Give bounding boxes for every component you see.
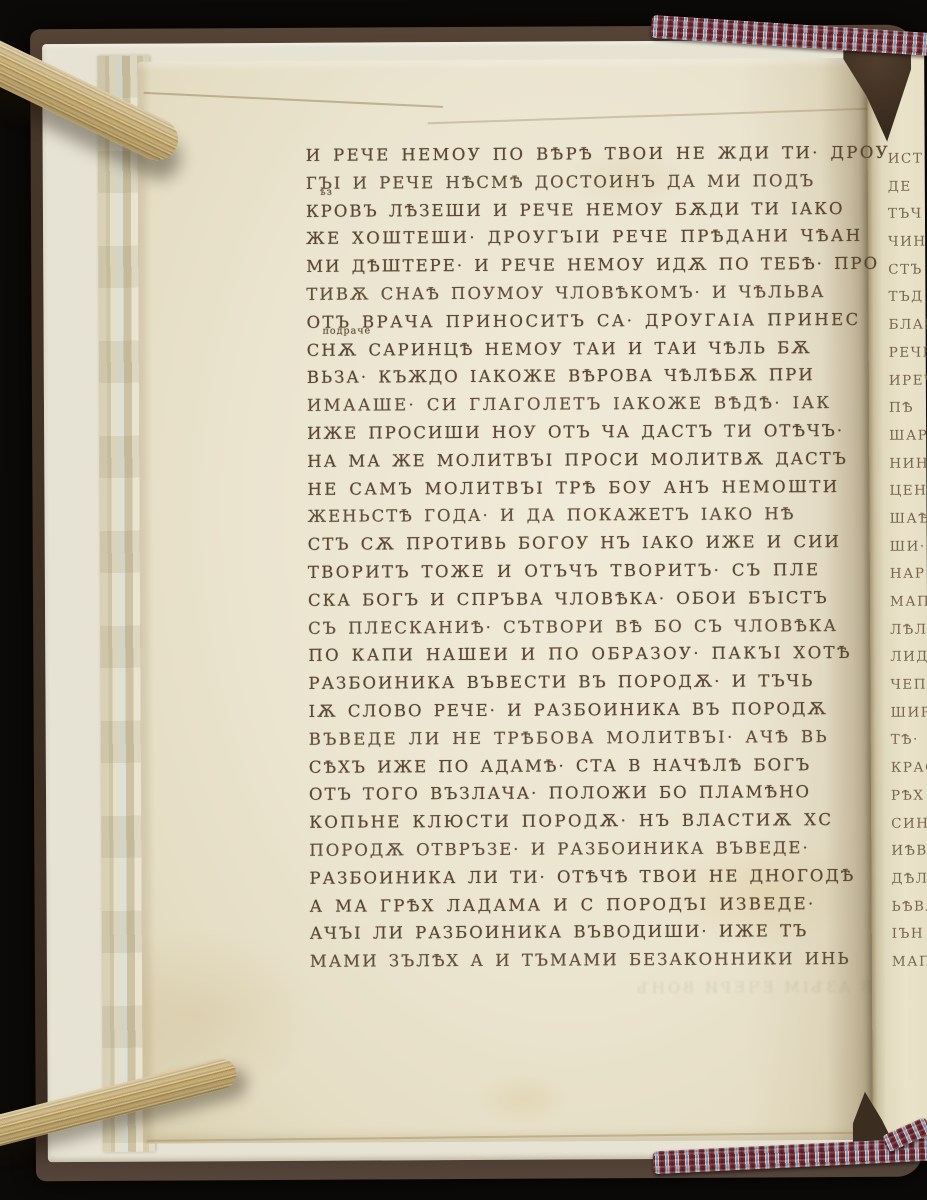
fragment-line: ТѢ·: [891, 727, 927, 755]
fragment-line: ШАѢ: [890, 505, 927, 533]
fragment-line: ЧИН: [888, 229, 927, 257]
crease-line: [147, 1132, 871, 1142]
fragment-line: ІЪН: [892, 921, 927, 949]
text-line: ИМААШЕ· СИ ГЛАГОЛЕТЪ ІАКОЖЕ ВѢДѢ· ІАК: [307, 389, 882, 420]
text-line: СѢХЪ ИЖЕ ПО АДАМѢ· СТА В НАЧѢЛѢ БОГЪ: [309, 750, 884, 781]
crease-line: [428, 108, 868, 124]
text-line: МАМИ ЗЪЛѢХ А И ТЪМАМИ БЕЗАКОННИКИ ИНЬ: [310, 945, 885, 976]
text-line: КРОВЪ ЛѢЗЕШИ И РЕЧЕ НЕМОУ БѪДИ ТИ ІАКО: [306, 194, 881, 225]
text-line: СЪ ПЛЕСКАНИѢ· СЪТВОРИ ВѢ БО СЪ ЧЛОВѢКА: [308, 611, 883, 642]
fragment-line: ЛИД: [890, 644, 927, 672]
text-line: РАЗБОИНИКА ВЪВЕСТИ ВЪ ПОРОДѪ· И ТЪЧЬ: [308, 667, 883, 698]
fragment-line: СИН·: [891, 810, 927, 838]
fragment-line: ЧЕП: [890, 672, 927, 700]
fragment-line: МАП: [892, 948, 927, 976]
fragment-line: ЛѢЛ: [890, 616, 927, 644]
text-line: ІѪ СЛОВО РЕЧЕ· И РАЗБОИНИКА ВЪ ПОРОДѪ: [309, 695, 884, 726]
fragment-line: СТЪ: [888, 256, 927, 284]
fragment-line: ТЪД: [888, 284, 927, 312]
text-line: СТЪ СѪ ПРОТИВЬ БОГОУ НЪ ІАКО ИЖЕ И СИИ: [308, 528, 883, 559]
fragment-line: ЬѢВЛ: [892, 893, 927, 921]
fragment-line: ЦЕН: [889, 478, 927, 506]
text-line: ЖЕНЬСТѢ ГОДА· И ДА ПОКАЖЕТЪ ІАКО НѢ: [307, 500, 882, 531]
facing-page-text-fragments: ИСТ ДЕ ТЪЧ ЧИН СТЪ ТЪД БЛАГ РЕЧЕ ИРЕЧ ПѢ…: [888, 146, 927, 977]
fragment-line: ДѢЛ: [891, 865, 927, 893]
interlinear-gloss: подраче: [323, 326, 372, 336]
fragment-line: ТЪЧ: [888, 201, 927, 229]
text-line: ГЪІ И РЕЧЕ НѢСМѢ ДОСТОИНЪ ДА МИ ПОДЪ: [306, 167, 881, 198]
text-line: ОТЪ ТОГО ВЪЗЛАЧА· ПОЛОЖИ БО ПЛАМѢНО: [309, 778, 884, 809]
fragment-line: ДЕ: [888, 173, 927, 201]
manuscript-text-block: ѣз подраче И РЕЧЕ НЕМОУ ПО ВѢРѢ ТВОИ НЕ …: [306, 139, 885, 976]
fragment-line: ПѢ: [889, 395, 927, 423]
fragment-line: НИН: [889, 450, 927, 478]
crease-line: [144, 92, 444, 108]
fragment-line: ИСТ: [888, 146, 927, 174]
text-line: СНѪ САРИНЦѢ НЕМОУ ТАИ И ТАИ ЧѢЛЬ БѪ: [307, 333, 882, 364]
text-line: А МА ГРѢХ ЛАДАМА И С ПОРОДЪІ ИЗВЕДЕ·: [310, 889, 885, 920]
fragment-line: ИѢВ: [891, 838, 927, 866]
fragment-line: ШИР: [891, 699, 927, 727]
fragment-line: МАП: [890, 589, 927, 617]
text-line: АЧЪІ ЛИ РАЗБОИНИКА ВЪВОДИШИ· ИЖЕ ТЪ: [310, 917, 885, 948]
text-line: ТИВѪ СНАѢ ПОУМОУ ЧЛОВѢКОМЪ· И ЧѢЛЬВА: [306, 278, 881, 309]
text-line: ИЖЕ ПРОСИШИ НОУ ОТЪ ЧА ДАСТЪ ТИ ОТѢЧЪ·: [307, 417, 882, 448]
text-line: ПОРОДѪ ОТВРЪЗЕ· И РАЗБОИНИКА ВЪВЕДЕ·: [309, 834, 884, 865]
text-line: И РЕЧЕ НЕМОУ ПО ВѢРѢ ТВОИ НЕ ЖДИ ТИ· ДРО…: [306, 139, 881, 170]
fragment-line: КРАС: [891, 755, 927, 783]
text-line: НА МА ЖЕ МОЛИТВЪІ ПРОСИ МОЛИТВѪ ДАСТЪ: [307, 445, 882, 476]
text-line: ОТЪ ВРАЧА ПРИНОСИТЪ СА· ДРОУГАІА ПРИНЕС: [306, 306, 881, 337]
open-book: ѣз подраче И РЕЧЕ НЕМОУ ПО ВѢРѢ ТВОИ НЕ …: [0, 0, 927, 1200]
fragment-line: РѢХ: [891, 782, 927, 810]
text-line: ВЪВЕДЕ ЛИ НЕ ТРѢБОВА МОЛИТВЪІ· АЧѢ ВЬ: [309, 723, 884, 754]
text-line: НЕ САМЪ МОЛИТВЪІ ТРѢ БОУ АНЪ НЕМОШТИ: [307, 472, 882, 503]
text-line: СКА БОГЪ И СПРЪВА ЧЛОВѢКА· ОБОИ БЪІСТЪ: [308, 584, 883, 615]
fragment-line: РЕЧЕ: [889, 339, 927, 367]
text-line: ЖЕ ХОШТЕШИ· ДРОУГЪІИ РЕЧЕ ПРѢДАНИ ЧѢАН: [306, 222, 881, 253]
text-line: РАЗБОИНИКА ЛИ ТИ· ОТѢЧѢ ТВОИ НЕ ДНОГОДѢ: [309, 862, 884, 893]
fragment-line: ШАР: [889, 422, 927, 450]
text-line: КОПЬНЕ КЛЮСТИ ПОРОДѪ· НЪ ВЛАСТИѪ ХС: [309, 806, 884, 837]
text-line: ВЬЗА· КЪЖДО ІАКОЖЕ ВѢРОВА ЧѢЛѢБѪ ПРИ: [307, 361, 882, 392]
parchment-page: ѣз подраче И РЕЧЕ НЕМОУ ПО ВѢРѢ ТВОИ НЕ …: [137, 58, 875, 1144]
manuscript-photo: ѣз подраче И РЕЧЕ НЕМОУ ПО ВѢРѢ ТВОИ НЕ …: [0, 0, 927, 1200]
fragment-line: БЛАГ: [888, 312, 927, 340]
fragment-line: ИРЕЧ: [889, 367, 927, 395]
text-line: ТВОРИТЪ ТОЖЕ И ОТЪЧЪ ТВОРИТЪ· СЪ ПЛЕ: [308, 556, 883, 587]
fragment-line: ШИ·: [890, 533, 927, 561]
text-line: ПО КАПИ НАШЕИ И ПО ОБРАЗОУ· ПАКЪІ ХОТѢ: [308, 639, 883, 670]
text-line: МИ ДѢШТЕРЕ· И РЕЧЕ НЕМОУ ИДѪ ПО ТЕБѢ· ПР…: [306, 250, 881, 281]
fragment-line: НАР: [890, 561, 927, 589]
